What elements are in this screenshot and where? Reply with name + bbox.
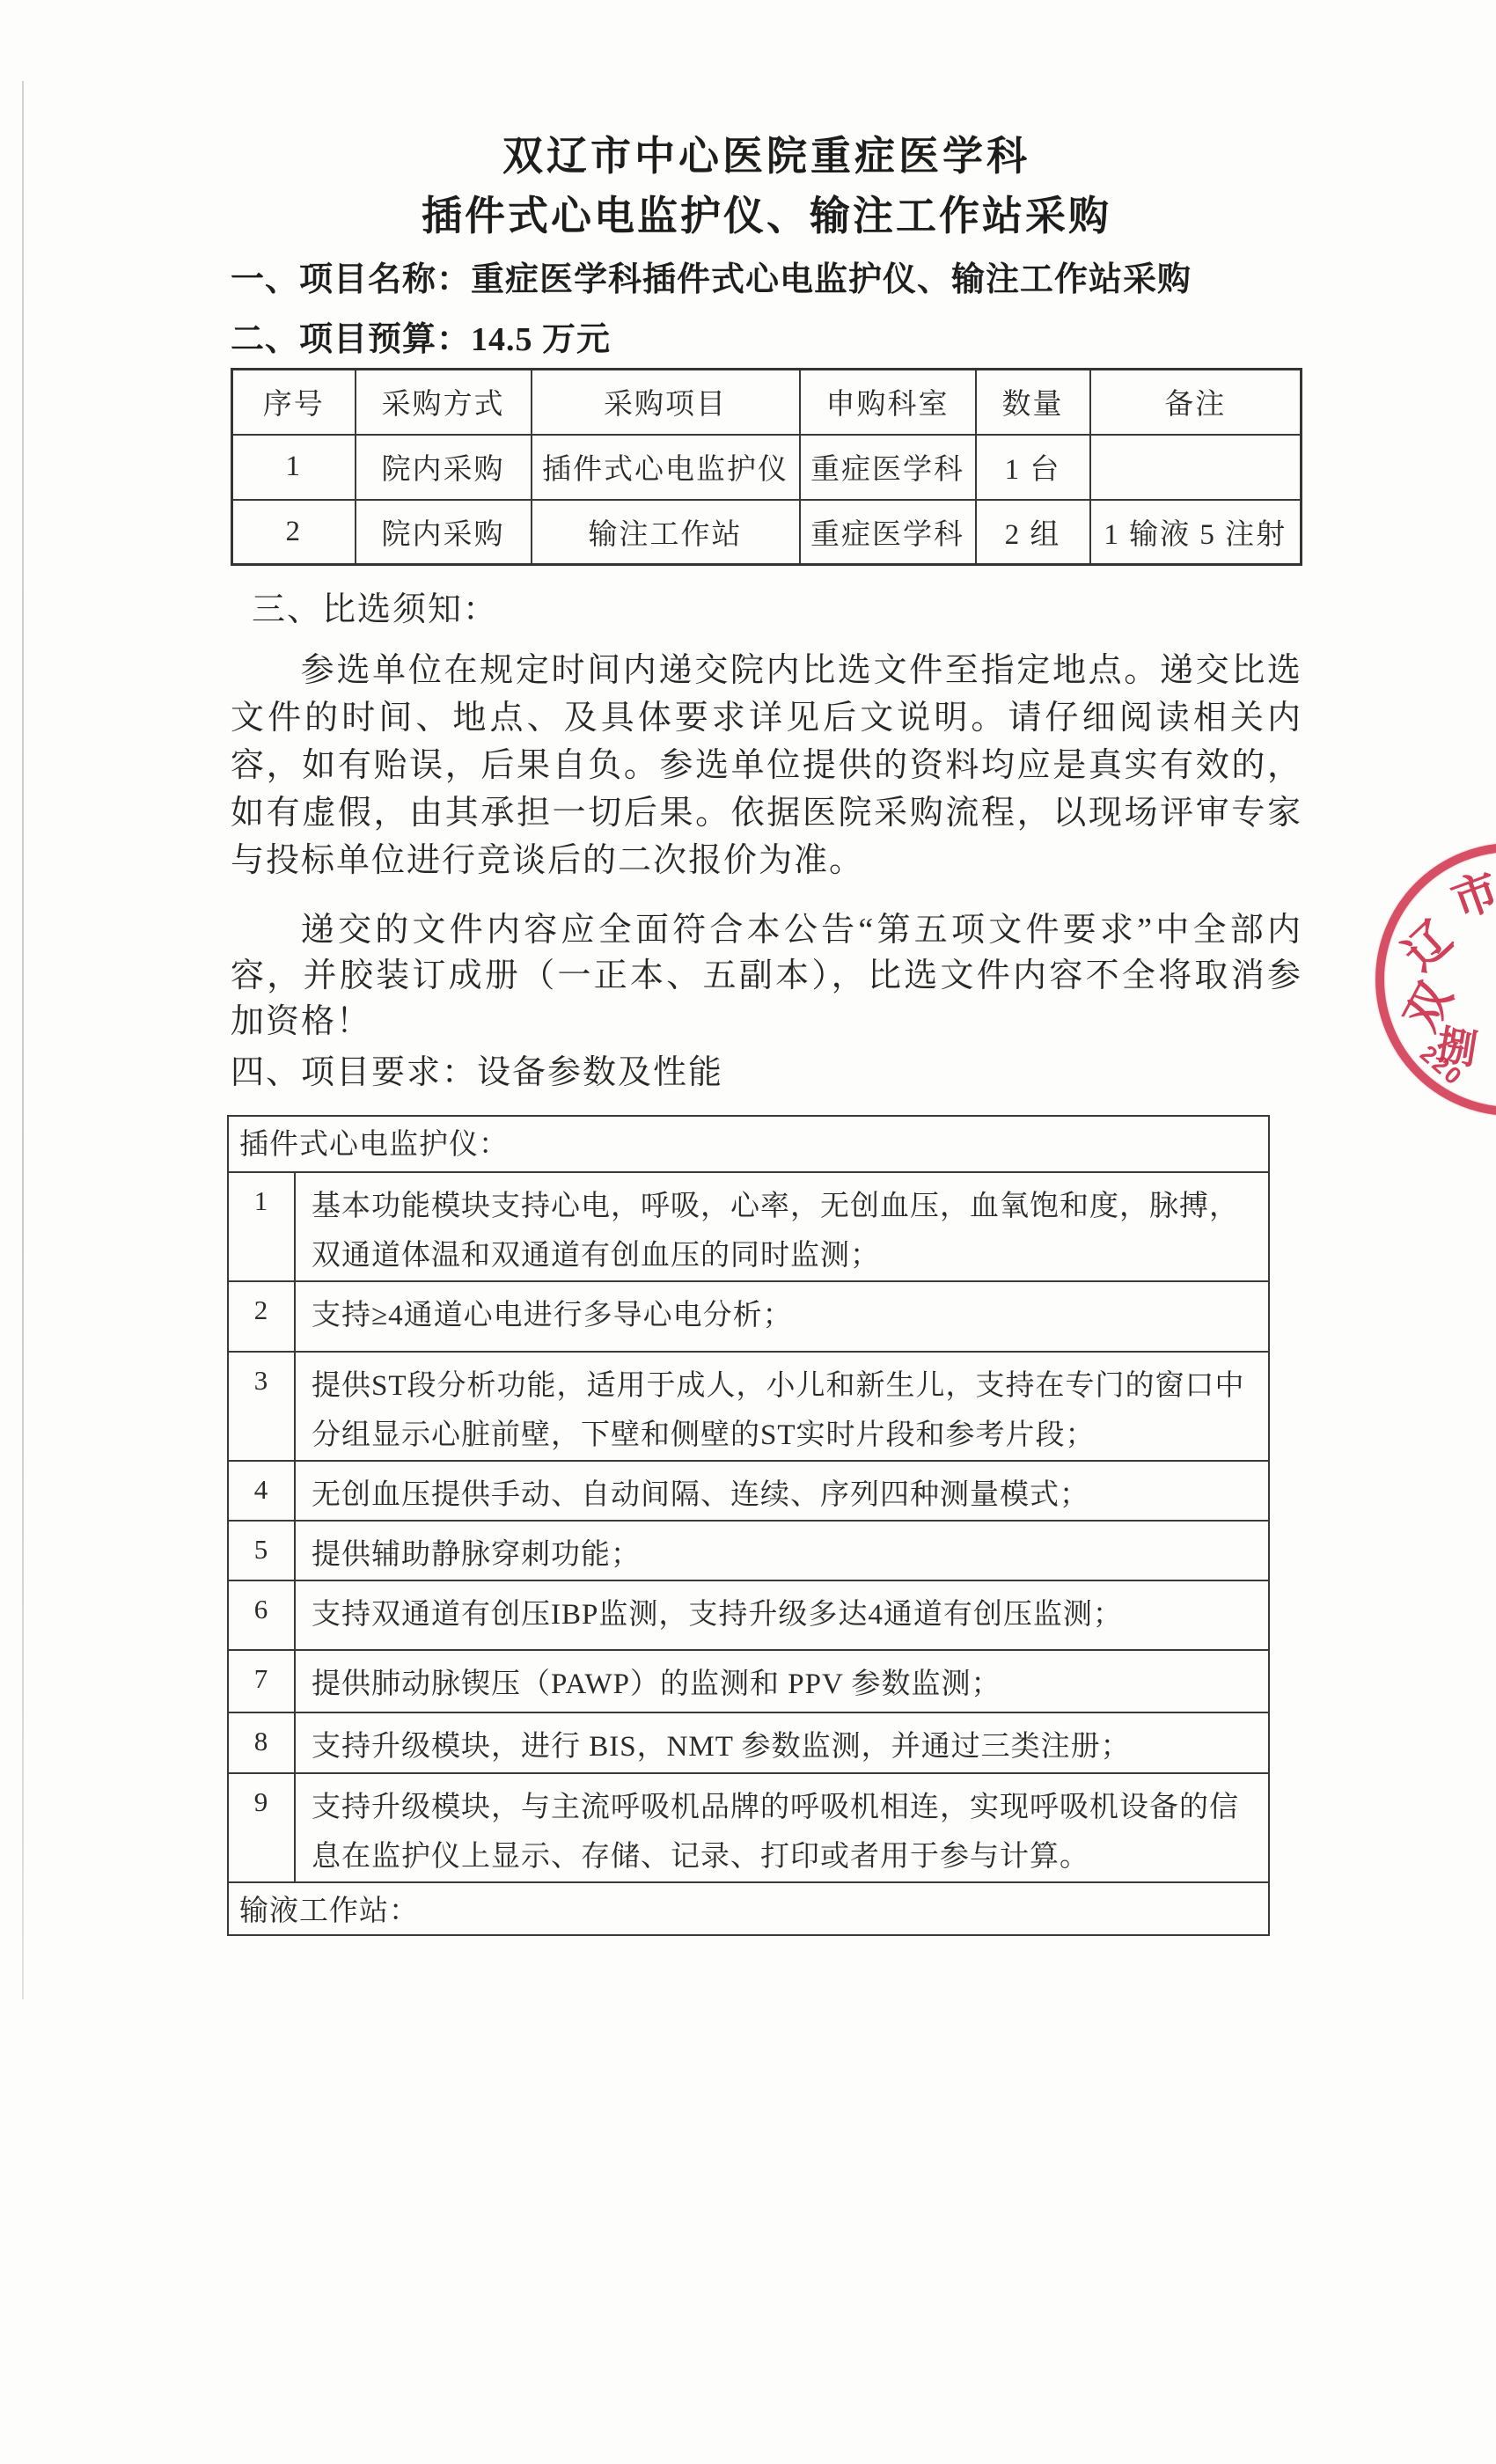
cell-method: 院内采购 — [356, 435, 532, 500]
cell-item: 插件式心电监护仪 — [532, 435, 800, 500]
requirement-row: 8 支持升级模块，进行 BIS，NMT 参数监测，并通过三类注册； — [228, 1712, 1269, 1773]
section-3-paragraph-1: 参选单位在规定时间内递交院内比选文件至指定地点。递交比选文件的时间、地点、及具体… — [231, 647, 1302, 884]
official-seal-stamp: 市 辽 双 捌 220 — [1375, 843, 1496, 1116]
cell-department: 重症医学科 — [800, 500, 976, 565]
cell-item: 输注工作站 — [532, 500, 800, 565]
cell-quantity: 1 台 — [976, 435, 1090, 500]
requirements-section-header-row: 插件式心电监护仪： — [228, 1116, 1269, 1172]
infusion-section-header: 输液工作站： — [228, 1882, 1269, 1935]
requirement-text: 提供肺动脉锲压（PAWP）的监测和 PPV 参数监测； — [295, 1650, 1269, 1712]
requirement-row: 6 支持双通道有创压IBP监测，支持升级多达4通道有创压监测； — [228, 1580, 1269, 1650]
column-header: 序号 — [232, 370, 356, 435]
requirement-text: 基本功能模块支持心电，呼吸，心率，无创血压，血氧饱和度，脉搏，双通道体温和双通道… — [295, 1172, 1269, 1281]
requirements-table: 插件式心电监护仪： 1 基本功能模块支持心电，呼吸，心率，无创血压，血氧饱和度，… — [227, 1115, 1270, 1936]
seal-ring — [1375, 843, 1496, 1116]
cell-seq: 1 — [232, 435, 356, 500]
column-header: 采购项目 — [532, 370, 800, 435]
document-title-line2: 插件式心电监护仪、输注工作站采购 — [231, 194, 1302, 239]
seal-arc-char: 辽 — [1385, 903, 1463, 982]
column-header: 采购方式 — [356, 370, 532, 435]
section-3-heading: 三、比选须知： — [231, 590, 1302, 629]
row-number: 3 — [228, 1352, 295, 1461]
cell-remark — [1090, 435, 1302, 500]
scanned-document-page: 双辽市中心医院重症医学科 插件式心电监护仪、输注工作站采购 一、项目名称：重症医… — [0, 0, 1496, 2464]
seal-code-digits: 220 — [1414, 1040, 1468, 1092]
seal-arc-char: 市 — [1441, 853, 1496, 930]
scan-artifact-line — [22, 81, 24, 1999]
column-header: 备注 — [1090, 370, 1302, 435]
cell-quantity: 2 组 — [976, 500, 1090, 565]
row-number: 2 — [228, 1281, 295, 1352]
requirement-row: 3 提供ST段分析功能，适用于成人，小儿和新生儿，支持在专门的窗口中分组显示心脏… — [228, 1352, 1269, 1461]
row-number: 6 — [228, 1580, 295, 1650]
table-row: 2 院内采购 输注工作站 重症医学科 2 组 1 输液 5 注射 — [232, 500, 1302, 565]
requirement-row: 1 基本功能模块支持心电，呼吸，心率，无创血压，血氧饱和度，脉搏，双通道体温和双… — [228, 1172, 1269, 1281]
row-number: 7 — [228, 1650, 295, 1712]
requirement-text: 支持≥4通道心电进行多导心电分析； — [295, 1281, 1269, 1352]
section-3-paragraph-2: 递交的文件内容应全面符合本公告“第五项文件要求”中全部内容，并胶装订成册（一正本… — [231, 907, 1302, 1045]
document-title-line1: 双辽市中心医院重症医学科 — [231, 134, 1302, 180]
seal-arc-char: 双 — [1385, 969, 1465, 1040]
procurement-table-header-row: 序号 采购方式 采购项目 申购科室 数量 备注 — [232, 370, 1302, 435]
requirement-row: 9 支持升级模块，与主流呼吸机品牌的呼吸机相连，实现呼吸机设备的信息在监护仪上显… — [228, 1773, 1269, 1882]
seal-inner-char: 捌 — [1433, 1013, 1482, 1076]
table-row: 1 院内采购 插件式心电监护仪 重症医学科 1 台 — [232, 435, 1302, 500]
cell-remark: 1 输液 5 注射 — [1090, 500, 1302, 565]
requirement-text: 支持升级模块，与主流呼吸机品牌的呼吸机相连，实现呼吸机设备的信息在监护仪上显示、… — [295, 1773, 1269, 1882]
section-1-project-name: 一、项目名称：重症医学科插件式心电监护仪、输注工作站采购 — [231, 259, 1302, 301]
document-content: 双辽市中心医院重症医学科 插件式心电监护仪、输注工作站采购 一、项目名称：重症医… — [231, 0, 1302, 1936]
row-number: 8 — [228, 1712, 295, 1773]
requirement-row: 7 提供肺动脉锲压（PAWP）的监测和 PPV 参数监测； — [228, 1650, 1269, 1712]
cell-department: 重症医学科 — [800, 435, 976, 500]
requirement-text: 提供辅助静脉穿刺功能； — [295, 1521, 1269, 1580]
requirement-text: 无创血压提供手动、自动间隔、连续、序列四种测量模式； — [295, 1461, 1269, 1521]
cell-method: 院内采购 — [356, 500, 532, 565]
monitor-section-header: 插件式心电监护仪： — [228, 1116, 1269, 1172]
requirement-row: 5 提供辅助静脉穿刺功能； — [228, 1521, 1269, 1580]
section-4-heading: 四、项目要求：设备参数及性能 — [231, 1053, 1302, 1092]
requirement-text: 提供ST段分析功能，适用于成人，小儿和新生儿，支持在专门的窗口中分组显示心脏前壁… — [295, 1352, 1269, 1461]
column-header: 数量 — [976, 370, 1090, 435]
requirement-row: 2 支持≥4通道心电进行多导心电分析； — [228, 1281, 1269, 1352]
requirement-text: 支持升级模块，进行 BIS，NMT 参数监测，并通过三类注册； — [295, 1712, 1269, 1773]
row-number: 5 — [228, 1521, 295, 1580]
requirement-text: 支持双通道有创压IBP监测，支持升级多达4通道有创压监测； — [295, 1580, 1269, 1650]
cell-seq: 2 — [232, 500, 356, 565]
row-number: 1 — [228, 1172, 295, 1281]
section-2-project-budget: 二、项目预算：14.5 万元 — [231, 320, 1302, 359]
requirement-row: 4 无创血压提供手动、自动间隔、连续、序列四种测量模式； — [228, 1461, 1269, 1521]
row-number: 4 — [228, 1461, 295, 1521]
row-number: 9 — [228, 1773, 295, 1882]
column-header: 申购科室 — [800, 370, 976, 435]
infusion-section-header-row: 输液工作站： — [228, 1882, 1269, 1935]
procurement-table: 序号 采购方式 采购项目 申购科室 数量 备注 1 院内采购 插件式心电监护仪 … — [231, 368, 1302, 566]
